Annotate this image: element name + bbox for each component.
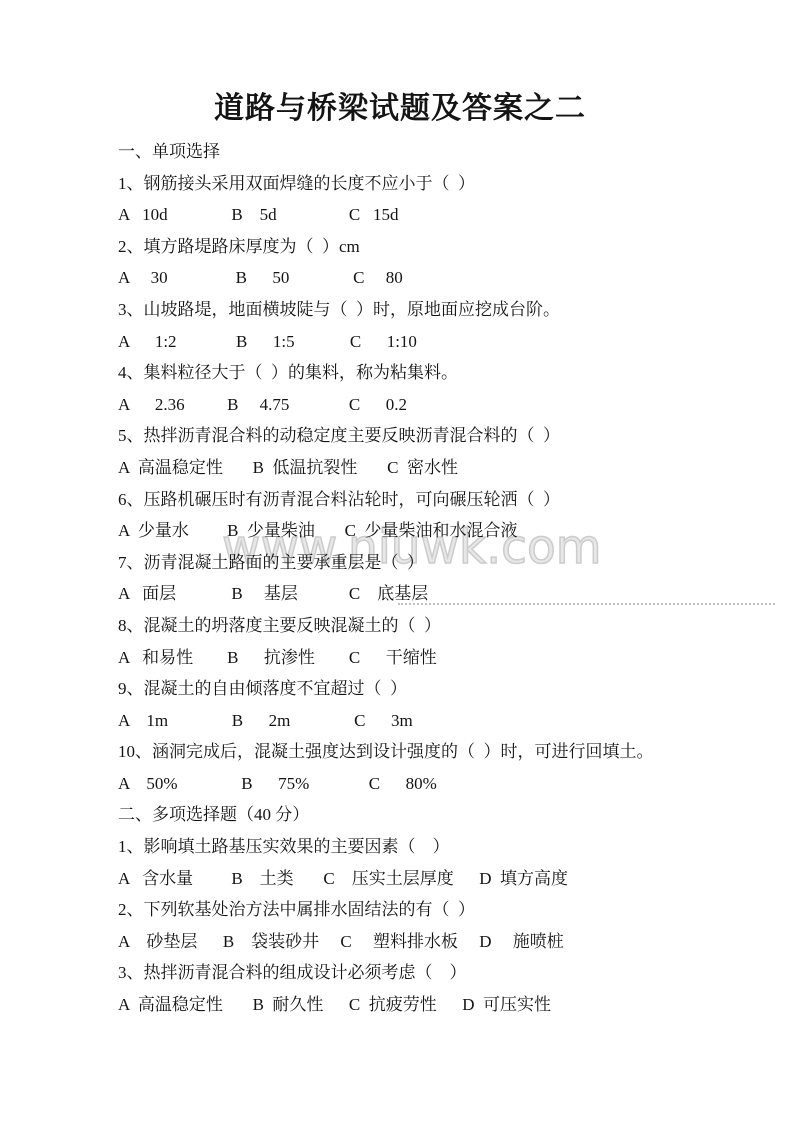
- s1-question-5: 5、热拌沥青混合料的动稳定度主要反映沥青混合料的（ ）: [118, 420, 800, 452]
- s1-options-6: A 少量水 B 少量柴油 C 少量柴油和水混合液: [118, 515, 800, 547]
- s1-options-7: A 面层 B 基层 C 底基层: [118, 578, 800, 610]
- s1-question-3: 3、山坡路堤，地面横坡陡与（ ）时，原地面应挖成台阶。: [118, 294, 800, 326]
- s1-options-9: A 1m B 2m C 3m: [118, 705, 800, 737]
- s2-question-1: 1、影响填土路基压实效果的主要因素（ ）: [118, 831, 800, 863]
- s2-options-1: A 含水量 B 土类 C 压实土层厚度 D 填方高度: [118, 863, 800, 895]
- s1-options-8: A 和易性 B 抗渗性 C 干缩性: [118, 642, 800, 674]
- s1-options-5: A 高温稳定性 B 低温抗裂性 C 密水性: [118, 452, 800, 484]
- s1-options-10: A 50% B 75% C 80%: [118, 768, 800, 800]
- s1-question-7: 7、沥青混凝土路面的主要承重层是（ ）: [118, 547, 800, 579]
- s1-question-9: 9、混凝土的自由倾落度不宜超过（ ）: [118, 673, 800, 705]
- s1-question-1: 1、钢筋接头采用双面焊缝的长度不应小于（ ）: [118, 168, 800, 200]
- section-2-heading: 二、多项选择题（40 分）: [118, 799, 800, 831]
- s1-question-2: 2、填方路堤路床厚度为（ ）cm: [118, 231, 800, 263]
- s1-question-8: 8、混凝土的坍落度主要反映混凝土的（ ）: [118, 610, 800, 642]
- s2-options-3: A 高温稳定性 B 耐久性 C 抗疲劳性 D 可压实性: [118, 989, 800, 1021]
- s2-question-3: 3、热拌沥青混合料的组成设计必须考虑（ ）: [118, 957, 800, 989]
- s2-options-2: A 砂垫层 B 袋装砂井 C 塑料排水板 D 施喷桩: [118, 926, 800, 958]
- s1-options-3: A 1:2 B 1:5 C 1:10: [118, 326, 800, 358]
- s1-options-4: A 2.36 B 4.75 C 0.2: [118, 389, 800, 421]
- s1-options-1: A 10d B 5d C 15d: [118, 199, 800, 231]
- s1-options-2: A 30 B 50 C 80: [118, 262, 800, 294]
- s1-question-10: 10、涵洞完成后，混凝土强度达到设计强度的（ ）时，可进行回填土。: [118, 736, 800, 768]
- document-page: www.niuwk.com 道路与桥梁试题及答案之二 一、单项选择 1、钢筋接头…: [0, 0, 800, 1132]
- s1-question-4: 4、集料粒径大于（ ）的集料，称为粘集料。: [118, 357, 800, 389]
- s2-question-2: 2、下列软基处治方法中属排水固结法的有（ ）: [118, 894, 800, 926]
- dotted-line: [398, 603, 775, 605]
- section-1-heading: 一、单项选择: [118, 136, 800, 168]
- exam-body: 一、单项选择 1、钢筋接头采用双面焊缝的长度不应小于（ ） A 10d B 5d…: [118, 136, 800, 1021]
- s1-question-6: 6、压路机碾压时有沥青混合料沾轮时，可向碾压轮洒（ ）: [118, 484, 800, 516]
- page-title: 道路与桥梁试题及答案之二: [0, 0, 800, 130]
